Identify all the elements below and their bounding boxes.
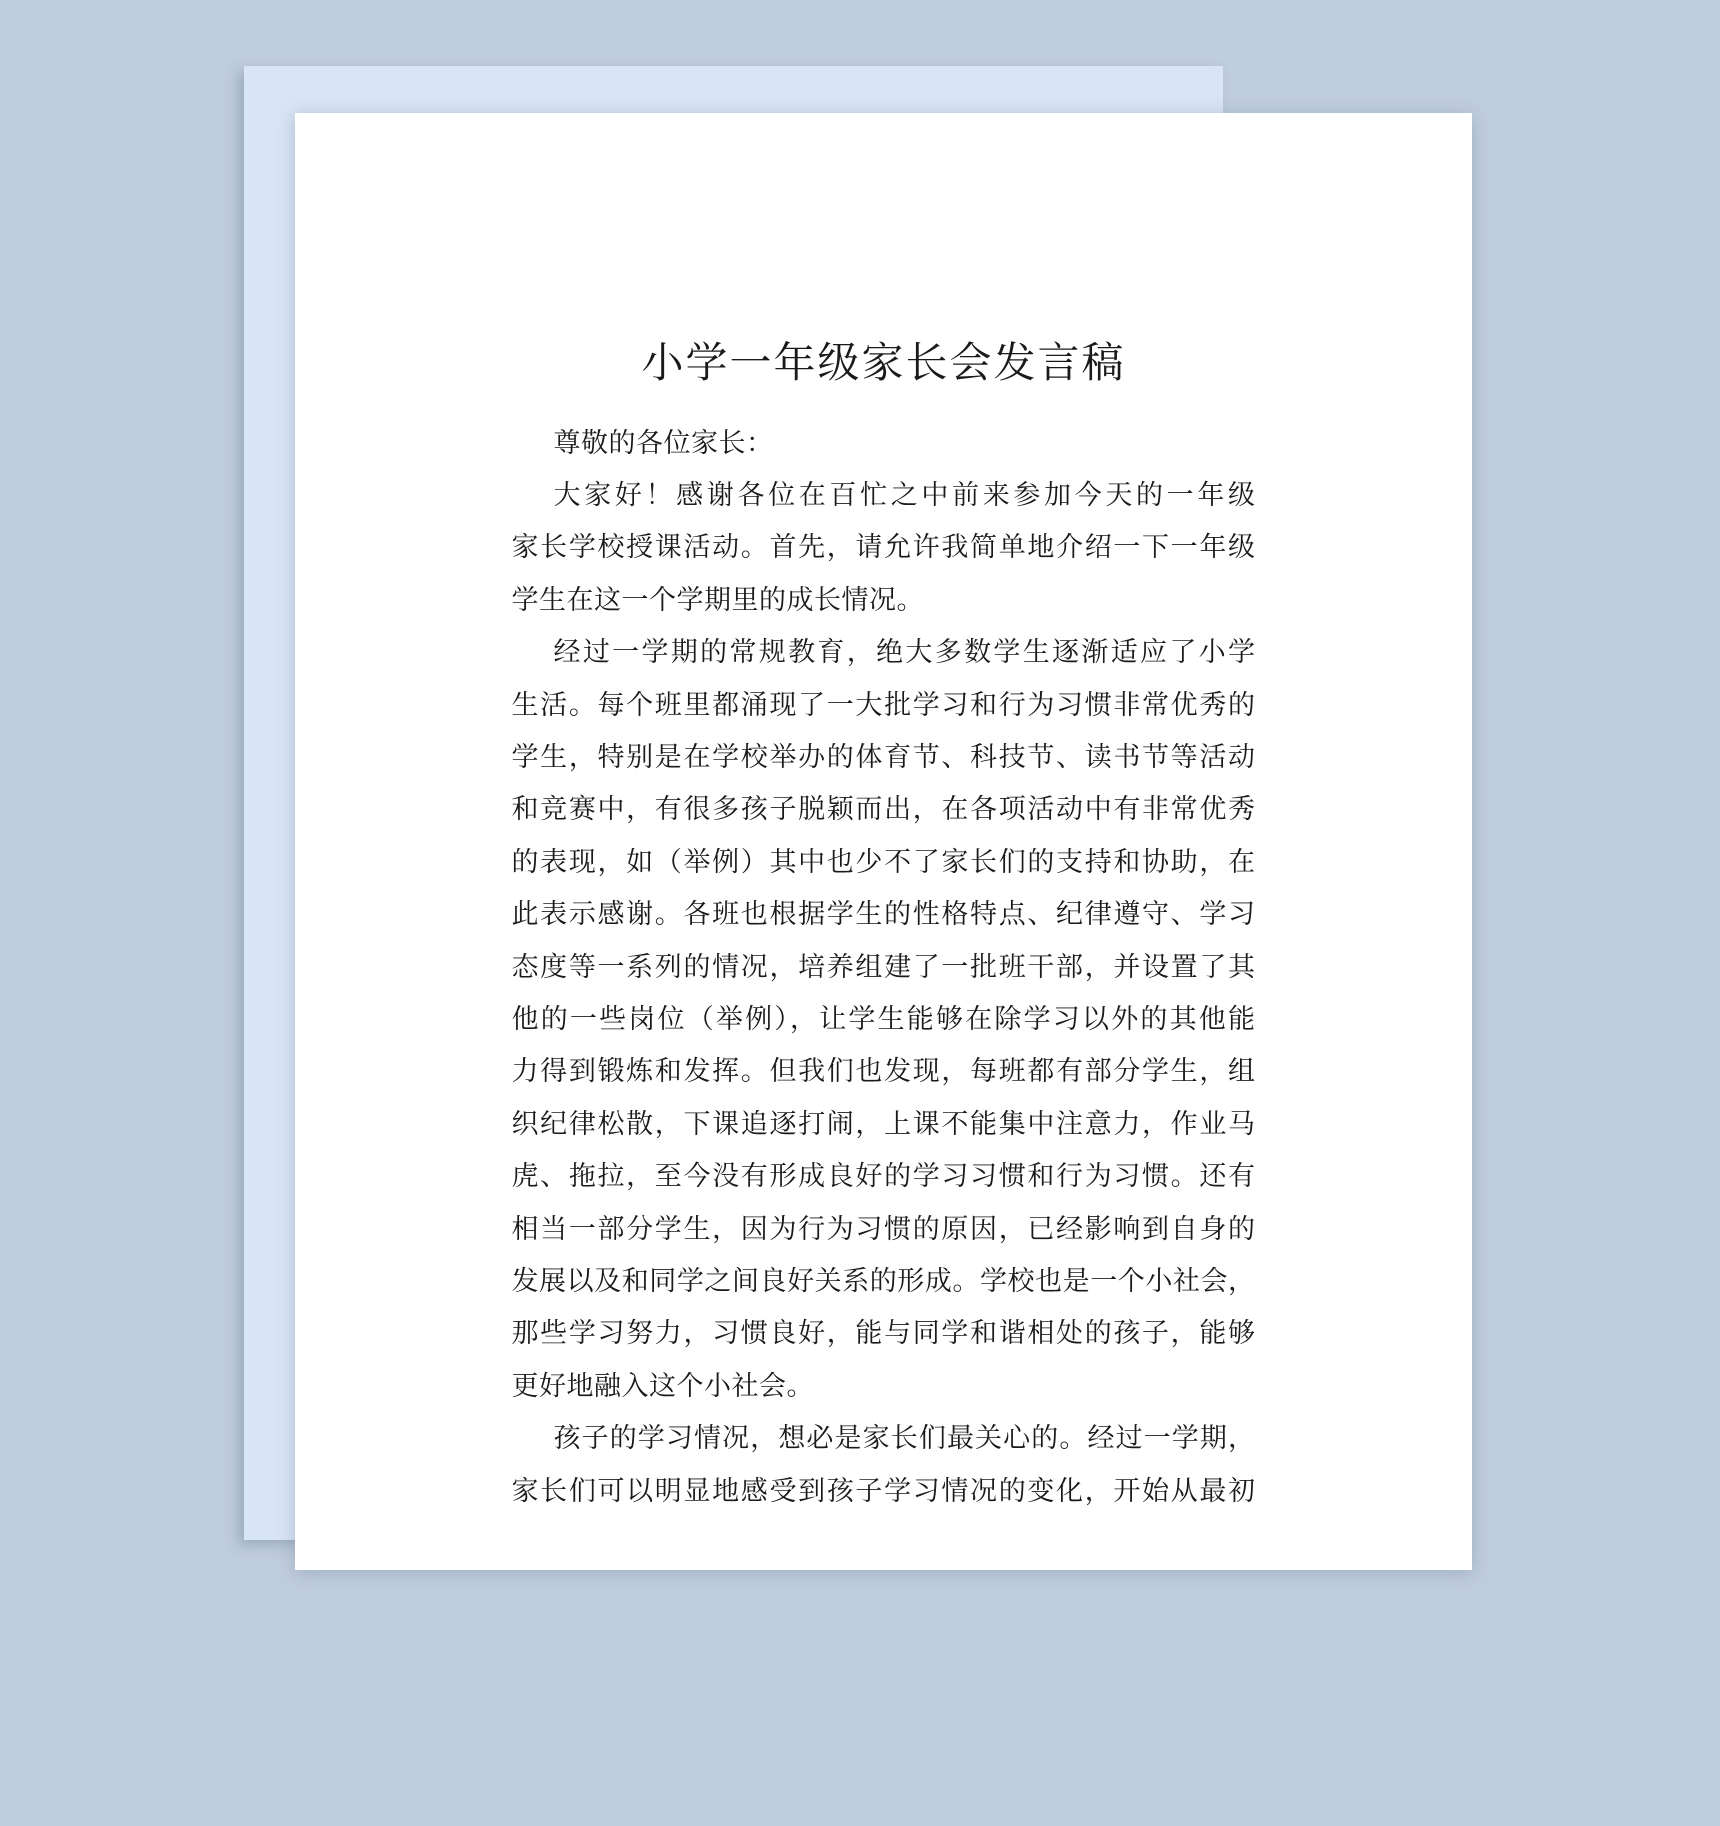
document-line: 织纪律松散，下课追逐打闹，上课不能集中注意力，作业马 bbox=[512, 1098, 1256, 1150]
document-line: 力得到锻炼和发挥。但我们也发现，每班都有部分学生，组 bbox=[512, 1045, 1256, 1097]
document-line: 孩子的学习情况，想必是家长们最关心的。经过一学期， bbox=[512, 1412, 1256, 1464]
document-line: 那些学习努力，习惯良好，能与同学和谐相处的孩子，能够 bbox=[512, 1307, 1256, 1359]
document-page: 小学一年级家长会发言稿 尊敬的各位家长：大家好！感谢各位在百忙之中前来参加今天的… bbox=[295, 113, 1472, 1570]
document-line: 的表现，如（举例）其中也少不了家长们的支持和协助，在 bbox=[512, 836, 1256, 888]
document-title: 小学一年级家长会发言稿 bbox=[295, 338, 1472, 391]
document-line: 态度等一系列的情况，培养组建了一批班干部，并设置了其 bbox=[512, 941, 1256, 993]
document-line: 相当一部分学生，因为行为习惯的原因，已经影响到自身的 bbox=[512, 1203, 1256, 1255]
document-line: 他的一些岗位（举例），让学生能够在除学习以外的其他能 bbox=[512, 993, 1256, 1045]
document-line: 家长学校授课活动。首先，请允许我简单地介绍一下一年级 bbox=[512, 521, 1256, 573]
document-line: 和竞赛中，有很多孩子脱颖而出，在各项活动中有非常优秀 bbox=[512, 783, 1256, 835]
document-line: 生活。每个班里都涌现了一大批学习和行为习惯非常优秀的 bbox=[512, 679, 1256, 731]
document-line: 家长们可以明显地感受到孩子学习情况的变化，开始从最初 bbox=[512, 1465, 1256, 1517]
document-line: 学生在这一个学期里的成长情况。 bbox=[512, 574, 1256, 626]
document-body: 尊敬的各位家长：大家好！感谢各位在百忙之中前来参加今天的一年级家长学校授课活动。… bbox=[512, 417, 1256, 1518]
document-line: 尊敬的各位家长： bbox=[512, 417, 1256, 469]
document-line: 经过一学期的常规教育，绝大多数学生逐渐适应了小学 bbox=[512, 626, 1256, 678]
document-line: 此表示感谢。各班也根据学生的性格特点、纪律遵守、学习 bbox=[512, 888, 1256, 940]
document-line: 更好地融入这个小社会。 bbox=[512, 1360, 1256, 1412]
preview-background: 小学一年级家长会发言稿 尊敬的各位家长：大家好！感谢各位在百忙之中前来参加今天的… bbox=[0, 0, 1720, 1826]
document-line: 学生，特别是在学校举办的体育节、科技节、读书节等活动 bbox=[512, 731, 1256, 783]
document-line: 虎、拖拉，至今没有形成良好的学习习惯和行为习惯。还有 bbox=[512, 1150, 1256, 1202]
document-line: 发展以及和同学之间良好关系的形成。学校也是一个小社会， bbox=[512, 1255, 1256, 1307]
document-line: 大家好！感谢各位在百忙之中前来参加今天的一年级 bbox=[512, 469, 1256, 521]
